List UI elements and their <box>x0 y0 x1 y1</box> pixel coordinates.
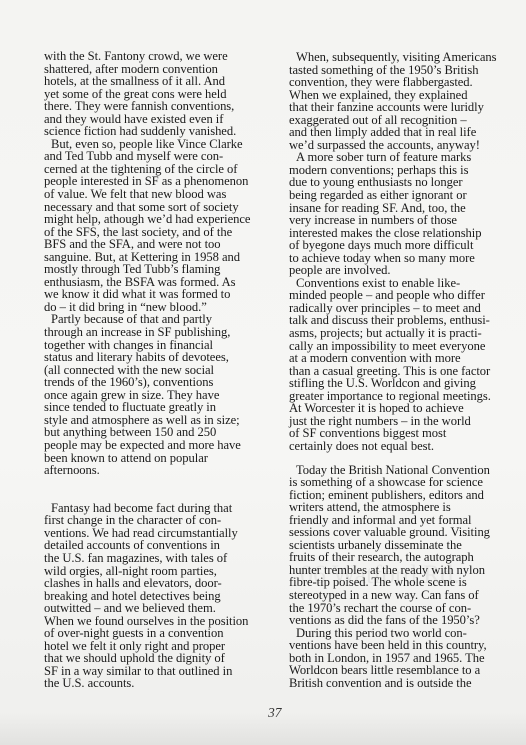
text-line: and then limply added that in real life <box>289 126 507 139</box>
text-line: through an increase in SF publishing, <box>44 326 259 339</box>
text-line: clashes in halls and elevators, door- <box>44 577 259 590</box>
text-line: being regarded as either ignorant or <box>289 189 507 202</box>
text-line: with the St. Fantony crowd, we were <box>44 50 259 63</box>
text-line: outwitted – and we believed them. <box>44 602 259 615</box>
text-line: science fiction had suddenly vanished. <box>44 125 259 138</box>
text-line: might help, athough we’d had experience <box>44 213 259 226</box>
text-line: very increase in numbers of those <box>289 214 507 227</box>
text-line: is something of a showcase for science <box>289 476 507 489</box>
paragraph-gap <box>289 453 507 464</box>
text-line: afternoons. <box>44 464 259 477</box>
paragraph-gap <box>44 477 259 490</box>
document-page: 06 Watford Rd. with the St. Fantony crow… <box>0 0 526 745</box>
text-line: sessions cover valuable ground. Visiting <box>289 526 507 539</box>
text-line: mostly through Ted Tubb’s flaming <box>44 263 259 276</box>
left-column: with the St. Fantony crowd, we were shat… <box>44 50 259 690</box>
text-line: convention, they were flabbergasted. <box>289 76 507 89</box>
text-line: the U.S. accounts. <box>44 677 259 690</box>
text-line: there. They were fannish conventions, <box>44 100 259 113</box>
paragraph-gap <box>44 489 259 502</box>
text-line: status and literary habits of devotees, <box>44 351 259 364</box>
text-line: Worldcon bears little resemblance to a <box>289 664 507 677</box>
text-line: trends of the 1960’s), conventions <box>44 376 259 389</box>
text-line: British convention and is outside the <box>289 677 507 690</box>
text-line: that we should uphold the dignity of <box>44 652 259 665</box>
text-line: people may be expected and more have <box>44 439 259 452</box>
right-column: When, subsequently, visiting Americans t… <box>289 51 507 689</box>
text-line: that their fanzine accounts were luridly <box>289 101 507 114</box>
text-line: stereotyped in a new way. Can fans of <box>289 589 507 602</box>
text-line: hotels, at the smallness of it all. And <box>44 75 259 88</box>
text-line: of over-night guests in a convention <box>44 627 259 640</box>
text-line: BFS and the SFA, and were not too <box>44 238 259 251</box>
text-line: at a modern convention with more <box>289 352 507 365</box>
text-line: writers attend, the atmosphere is <box>289 501 507 514</box>
text-line: since tended to fluctuate greatly in <box>44 401 259 414</box>
text-line: stifling the U.S. Worldcon and giving <box>289 377 507 390</box>
text-line: ventions have been held in this country, <box>289 639 507 652</box>
text-line: fruits of their research, the autograph <box>289 551 507 564</box>
text-line: people are involved. <box>289 264 507 277</box>
text-line: of byegone days much more difficult <box>289 239 507 252</box>
text-line: certainly does not equal best. <box>289 440 507 453</box>
text-line: of value. We felt that new blood was <box>44 188 259 201</box>
text-line: the U.S. fan magazines, with tales of <box>44 552 259 565</box>
text-line: When, subsequently, visiting Americans <box>289 51 507 64</box>
text-line: ventions as did the fans of the 1950’s? <box>289 614 507 627</box>
text-line: At Worcester it is hoped to achieve <box>289 402 507 415</box>
text-line: asms, projects; but actually it is pract… <box>289 327 507 340</box>
text-line: first change in the character of con- <box>44 514 259 527</box>
page-number: 37 <box>268 705 282 721</box>
